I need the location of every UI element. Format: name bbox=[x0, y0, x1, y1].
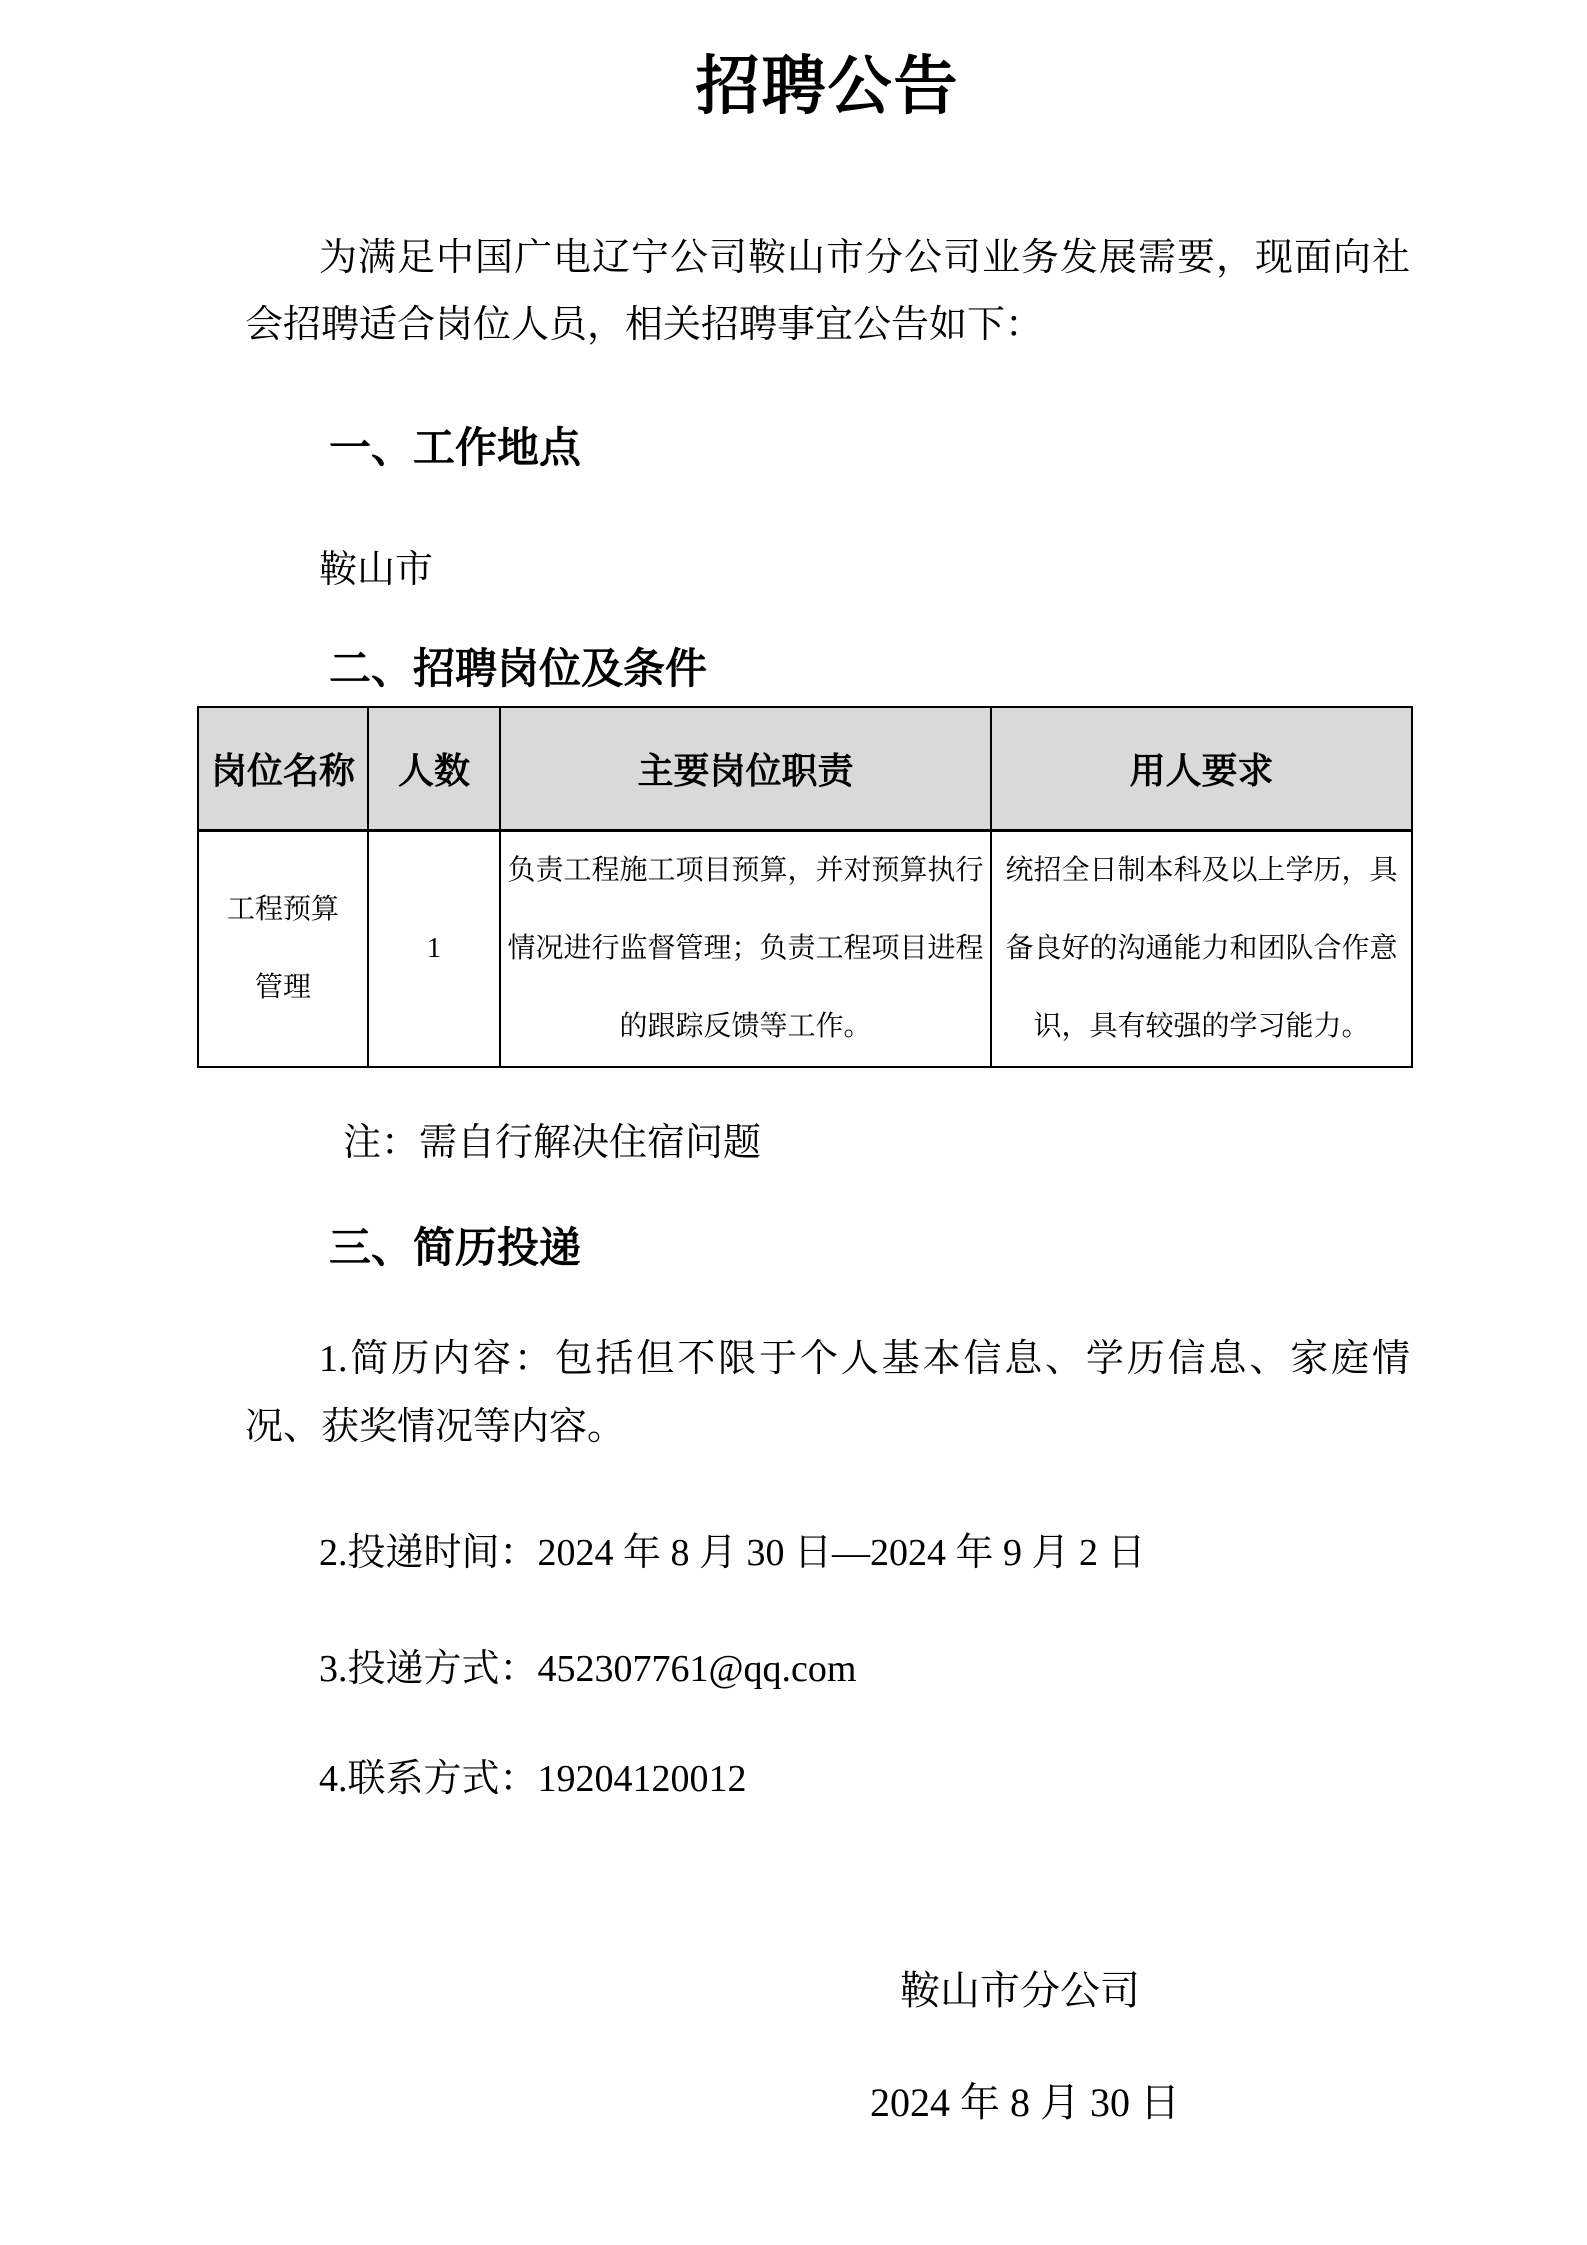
section-heading-resume: 三、简历投递 bbox=[245, 1219, 1410, 1277]
column-header-requirements: 用人要求 bbox=[991, 707, 1412, 830]
column-header-headcount: 人数 bbox=[368, 707, 500, 830]
resume-item-email: 3.投递方式：452307761@qq.com bbox=[245, 1635, 1410, 1703]
table-header-row: 岗位名称 人数 主要岗位职责 用人要求 bbox=[198, 707, 1412, 830]
cell-headcount: 1 bbox=[368, 830, 500, 1067]
column-header-duties: 主要岗位职责 bbox=[500, 707, 991, 830]
resume-item-deadline: 2.投递时间：2024 年 8 月 30 日—2024 年 9 月 2 日 bbox=[245, 1519, 1410, 1587]
resume-item-content: 1.简历内容：包括但不限于个人基本信息、学历信息、家庭情况、获奖情况等内容。 bbox=[245, 1325, 1410, 1461]
document-page: 招聘公告 为满足中国广电辽宁公司鞍山市分公司业务发展需要，现面向社会招聘适合岗位… bbox=[0, 0, 1587, 2245]
signature-date: 2024 年 8 月 30 日 bbox=[245, 2075, 1410, 2131]
work-location-text: 鞍山市 bbox=[245, 537, 1410, 604]
intro-paragraph: 为满足中国广电辽宁公司鞍山市分公司业务发展需要，现面向社会招聘适合岗位人员，相关… bbox=[245, 225, 1410, 359]
cell-duties: 负责工程施工项目预算，并对预算执行情况进行监督管理；负责工程项目进程的跟踪反馈等… bbox=[500, 830, 991, 1067]
cell-position-name: 工程预算管理 bbox=[198, 830, 368, 1067]
column-header-position: 岗位名称 bbox=[198, 707, 368, 830]
table-row: 工程预算管理 1 负责工程施工项目预算，并对预算执行情况进行监督管理；负责工程项… bbox=[198, 830, 1412, 1067]
signature-company: 鞍山市分公司 bbox=[245, 1963, 1410, 2019]
positions-table: 岗位名称 人数 主要岗位职责 用人要求 工程预算管理 1 负责工程施工项目预算，… bbox=[197, 706, 1413, 1068]
document-title: 招聘公告 bbox=[245, 42, 1410, 132]
resume-item-phone: 4.联系方式：19204120012 bbox=[245, 1745, 1410, 1813]
cell-requirements: 统招全日制本科及以上学历，具备良好的沟通能力和团队合作意识，具有较强的学习能力。 bbox=[991, 830, 1412, 1067]
section-heading-positions: 二、招聘岗位及条件 bbox=[245, 640, 1410, 698]
section-heading-work-location: 一、工作地点 bbox=[245, 419, 1410, 477]
accommodation-note: 注：需自行解决住宿问题 bbox=[245, 1110, 1410, 1177]
